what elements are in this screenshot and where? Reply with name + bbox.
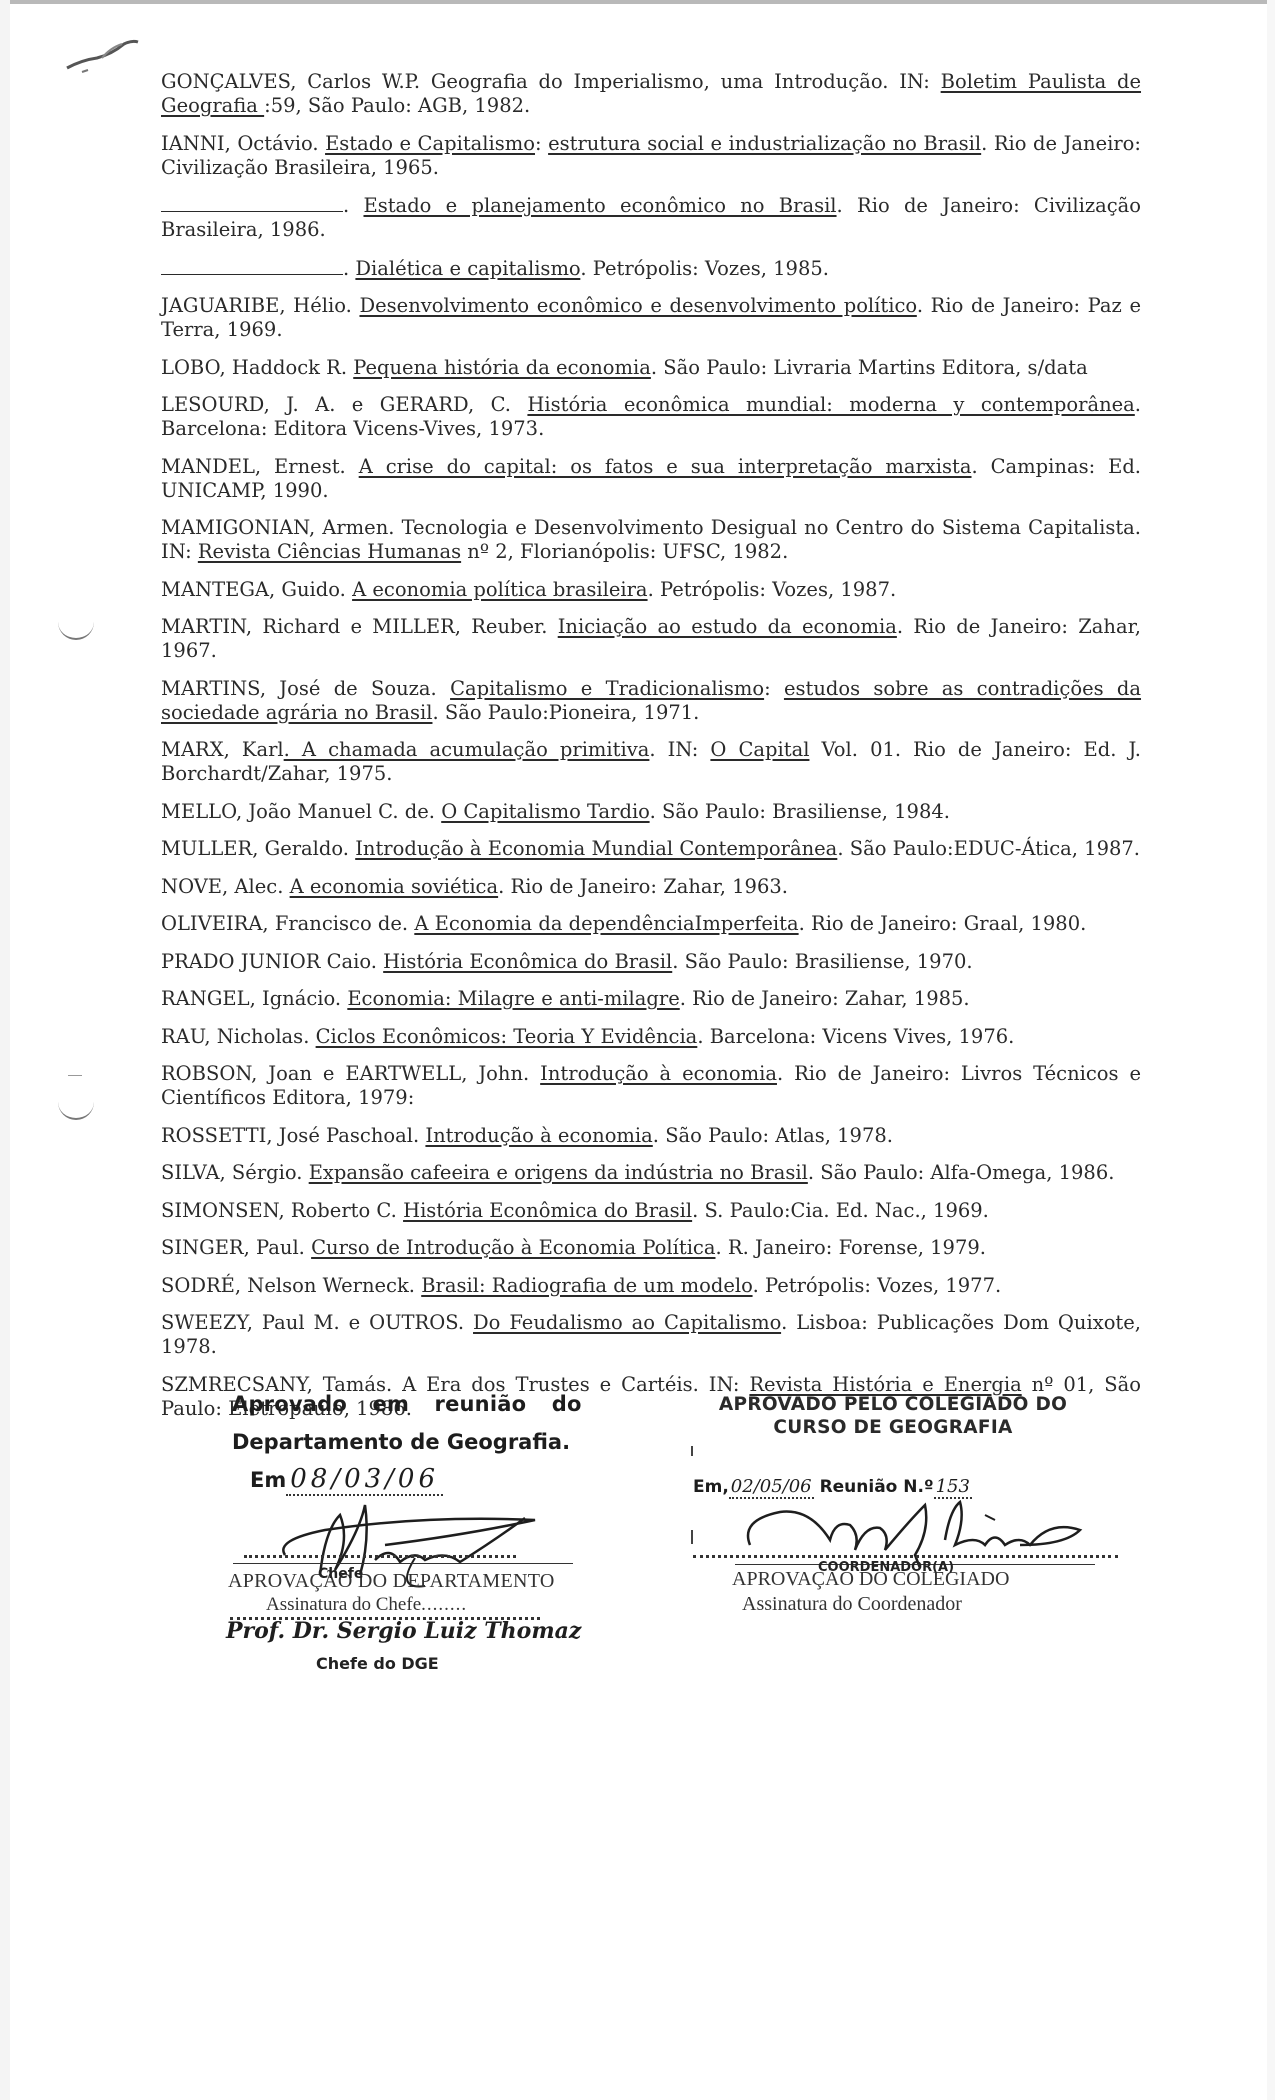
entry-author: MAMIGONIAN, Armen. (161, 516, 394, 539)
bibliography-entry: SINGER, Paul. Curso de Introdução à Econ… (161, 1236, 1141, 1260)
approval-date: 08/03/06 (286, 1464, 443, 1496)
bibliography-entry: GONÇALVES, Carlos W.P. Geografia do Impe… (161, 70, 1141, 118)
chefe-overlay-stamp: Chefe (318, 1566, 363, 1582)
entry-publication: . Barcelona: Vicens Vives, 1976. (697, 1025, 1014, 1048)
em-label: Em, (693, 1477, 729, 1497)
entry-text: Geografia do Imperialismo, uma Introduçã… (420, 70, 941, 93)
entry-title: Estado e Capitalismo (325, 132, 535, 155)
entry-publication: . Rio de Janeiro: Graal, 1980. (799, 912, 1087, 935)
entry-author: MARTINS, José de Souza. (161, 677, 437, 700)
bibliography-entry: SILVA, Sérgio. Expansão cafeeira e orige… (161, 1161, 1141, 1185)
entry-text: . (343, 257, 355, 280)
stamp-line-1: Aprovado em reunião do (232, 1392, 600, 1416)
signature-dotted-line (244, 1555, 516, 1558)
entry-publication: . Rio de Janeiro: Zahar, 1985. (680, 987, 970, 1010)
entry-title: Introdução à economia (425, 1124, 652, 1147)
entry-text (464, 1311, 473, 1334)
entry-text (547, 615, 557, 638)
entry-title: Iniciação ao estudo da economia (558, 615, 897, 638)
stamp-tick-mark (691, 1446, 693, 1456)
signature-label: Assinatura do Chefe........ (266, 1594, 467, 1616)
department-approval-stamp: Aprovado em reunião do Departamento de G… (200, 1392, 600, 1494)
entry-publication: . São Paulo: Brasiliense, 1984. (650, 800, 950, 823)
entry-author: SINGER, Paul. (161, 1236, 305, 1259)
entry-publication: . São Paulo: Brasiliense, 1970. (672, 950, 972, 973)
bibliography-entry: SODRÉ, Nelson Werneck. Brasil: Radiograf… (161, 1274, 1141, 1298)
entry-title: História Econômica do Brasil (383, 950, 672, 973)
entry-publication: . São Paulo: Atlas, 1978. (653, 1124, 893, 1147)
entry-publication: :59, São Paulo: AGB, 1982. (264, 94, 530, 117)
entry-publication: . Petrópolis: Vozes, 1987. (648, 578, 897, 601)
scan-edge-left (0, 0, 10, 2100)
entry-author: MULLER, Geraldo. (161, 837, 349, 860)
entry-title: História Econômica do Brasil (403, 1199, 692, 1222)
entry-publication: . São Paulo: Alfa-Omega, 1986. (808, 1161, 1115, 1184)
colegiado-line-2: CURSO DE GEOGRAFIA (693, 1417, 1093, 1438)
entry-author: JAGUARIBE, Hélio. (161, 294, 352, 317)
entry-text: . (343, 194, 363, 217)
punch-hole-mark (58, 1100, 94, 1120)
entry-author: IANNI, Octávio. (161, 132, 319, 155)
entry-author: SODRÉ, Nelson Werneck. (161, 1274, 415, 1297)
coordinator-signature-label: Assinatura do Coordenador (742, 1593, 962, 1616)
em-label: Em (250, 1468, 286, 1492)
entry-author: MARTIN, Richard e MILLER, Reuber. (161, 615, 547, 638)
entry-author: PRADO JUNIOR Caio. (161, 950, 377, 973)
colegiado-date: 02/05/06 (729, 1476, 814, 1499)
entry-author: MANTEGA, Guido. (161, 578, 346, 601)
same-author-blank (161, 193, 343, 212)
bibliography-entry: PRADO JUNIOR Caio. História Econômica do… (161, 950, 1141, 974)
entry-title: . A chamada acumulação primitiva (284, 738, 650, 761)
bibliography-entry: MARTIN, Richard e MILLER, Reuber. Inicia… (161, 615, 1141, 663)
bibliography-list: GONÇALVES, Carlos W.P. Geografia do Impe… (161, 70, 1141, 1434)
entry-title: Economia: Milagre e anti-milagre (347, 987, 679, 1010)
entry-title: A economia soviética (290, 875, 499, 898)
entry-title: Capitalismo e Tradicionalismo (450, 677, 764, 700)
entry-author: RAU, Nicholas. (161, 1025, 309, 1048)
entry-title: Curso de Introdução à Economia Política (311, 1236, 715, 1259)
bibliography-entry: . Dialética e capitalismo. Petrópolis: V… (161, 256, 1141, 281)
bibliography-entry: MANDEL, Ernest. A crise do capital: os f… (161, 455, 1141, 503)
scan-dash-mark (68, 1075, 82, 1077)
entry-title: Expansão cafeeira e origens da indústria… (309, 1161, 808, 1184)
colegiado-approval-label: APROVAÇÃO DO COLEGIADO (732, 1568, 1009, 1591)
entry-text (437, 677, 450, 700)
entry-publication: . Petrópolis: Vozes, 1985. (580, 257, 829, 280)
department-approval-label: APROVAÇÃO DO DEPARTAMENTO (228, 1570, 555, 1593)
bibliography-entry: MARTINS, José de Souza. Capitalismo e Tr… (161, 677, 1141, 725)
entry-publication: . São Paulo: Livraria Martins Editora, s… (651, 356, 1088, 379)
bibliography-entry: MARX, Karl. A chamada acumulação primiti… (161, 738, 1141, 786)
entry-author: MANDEL, Ernest. (161, 455, 346, 478)
scan-edge-top (0, 0, 1275, 4)
entry-author: LOBO, Haddock R. (161, 356, 347, 379)
entry-text (511, 393, 527, 416)
stamp-tick-mark (691, 1530, 693, 1544)
bibliography-entry: JAGUARIBE, Hélio. Desenvolvimento econôm… (161, 294, 1141, 342)
entry-author: ROSSETTI, José Paschoal. (161, 1124, 419, 1147)
entry-title: A economia política brasileira (352, 578, 647, 601)
entry-publication: . São Paulo:EDUC-Ática, 1987. (837, 837, 1140, 860)
entry-text: : (535, 132, 548, 155)
bibliography-entry: ROBSON, Joan e EARTWELL, John. Introduçã… (161, 1062, 1141, 1110)
entry-title: Introdução à Economia Mundial Contemporâ… (355, 837, 837, 860)
entry-author: GONÇALVES, Carlos W.P. (161, 70, 420, 93)
bibliography-entry: LESOURD, J. A. e GERARD, C. História eco… (161, 393, 1141, 441)
colegiado-approval-stamp: APROVADO PELO COLEGIADO DO CURSO DE GEOG… (693, 1394, 1093, 1438)
entry-title: Revista História e Energia (749, 1373, 1021, 1396)
bibliography-entry: RANGEL, Ignácio. Economia: Milagre e ant… (161, 987, 1141, 1011)
entry-title: Desenvolvimento econômico e desenvolvime… (359, 294, 916, 317)
entry-title: Brasil: Radiografia de um modelo (421, 1274, 752, 1297)
same-author-blank (161, 256, 343, 275)
colegiado-line-1: APROVADO PELO COLEGIADO DO (693, 1394, 1093, 1415)
entry-title: Ciclos Econômicos: Teoria Y Evidência (316, 1025, 698, 1048)
signature-rule (233, 1563, 573, 1564)
department-head-role: Chefe do DGE (316, 1654, 439, 1673)
entry-text: : (764, 677, 784, 700)
entry-title: A Economia da dependênciaImperfeita (414, 912, 798, 935)
entry-title: Do Feudalismo ao Capitalismo (473, 1311, 781, 1334)
entry-author: OLIVEIRA, Francisco de. (161, 912, 408, 935)
signature-label-text: Assinatura do Chefe (266, 1594, 421, 1615)
entry-text: . IN: (649, 738, 710, 761)
bibliography-entry: MAMIGONIAN, Armen. Tecnologia e Desenvol… (161, 516, 1141, 564)
bibliography-entry: SWEEZY, Paul M. e OUTROS. Do Feudalismo … (161, 1311, 1141, 1359)
bibliography-entry: NOVE, Alec. A economia soviética. Rio de… (161, 875, 1141, 899)
entry-author: MELLO, João Manuel C. de. (161, 800, 435, 823)
entry-publication: . S. Paulo:Cia. Ed. Nac., 1969. (692, 1199, 989, 1222)
signature-label-dots: ........ (421, 1594, 467, 1615)
bibliography-entry: MANTEGA, Guido. A economia política bras… (161, 578, 1141, 602)
entry-author: NOVE, Alec. (161, 875, 283, 898)
entry-text (346, 455, 359, 478)
bibliography-entry: LOBO, Haddock R. Pequena história da eco… (161, 356, 1141, 380)
entry-subtitle: estrutura social e industrialização no B… (548, 132, 981, 155)
entry-author: MARX, Karl (161, 738, 284, 761)
entry-author: RANGEL, Ignácio. (161, 987, 341, 1010)
entry-author: LESOURD, J. A. e GERARD, C. (161, 393, 511, 416)
entry-publication: nº 2, Florianópolis: UFSC, 1982. (461, 540, 788, 563)
entry-title: História econômica mundial: moderna y co… (527, 393, 1134, 416)
reuniao-label: Reunião N.º (820, 1477, 934, 1497)
stamp-date-line: Em08/03/06 (250, 1464, 600, 1494)
entry-publication: . R. Janeiro: Forense, 1979. (715, 1236, 985, 1259)
entry-title: Estado e planejamento econômico no Brasi… (363, 194, 836, 217)
entry-author: SIMONSEN, Roberto C. (161, 1199, 397, 1222)
bibliography-entry: OLIVEIRA, Francisco de. A Economia da de… (161, 912, 1141, 936)
signature-dotted-line (693, 1555, 1118, 1558)
entry-title: Dialética e capitalismo (355, 257, 580, 280)
entry-publication: . Petrópolis: Vozes, 1977. (753, 1274, 1002, 1297)
department-head-name: Prof. Dr. Sergio Luiz Thomaz (226, 1618, 581, 1644)
entry-subtitle: O Capital (710, 738, 809, 761)
scan-edge-right (1267, 0, 1275, 2100)
bibliography-entry: ROSSETTI, José Paschoal. Introdução à ec… (161, 1124, 1141, 1148)
entry-author: SILVA, Sérgio. (161, 1161, 302, 1184)
bibliography-entry: SIMONSEN, Roberto C. História Econômica … (161, 1199, 1141, 1223)
ink-smudge-mark (62, 30, 142, 75)
entry-publication: . Rio de Janeiro: Zahar, 1963. (498, 875, 788, 898)
bibliography-entry: . Estado e planejamento econômico no Bra… (161, 193, 1141, 242)
stamp-line-2: Departamento de Geografia. (232, 1430, 600, 1454)
entry-title: Introdução à economia (540, 1062, 777, 1085)
entry-title: A crise do capital: os fatos e sua inter… (359, 455, 972, 478)
bibliography-entry: MELLO, João Manuel C. de. O Capitalismo … (161, 800, 1141, 824)
entry-title: Pequena história da economia (353, 356, 651, 379)
entry-publication: . São Paulo:Pioneira, 1971. (432, 701, 699, 724)
reuniao-number: 153 (934, 1476, 972, 1499)
bibliography-entry: RAU, Nicholas. Ciclos Econômicos: Teoria… (161, 1025, 1141, 1049)
colegiado-date-line: Em,02/05/06 Reunião N.º153 (693, 1476, 972, 1497)
entry-author: SWEEZY, Paul M. e OUTROS. (161, 1311, 464, 1334)
bibliography-entry: MULLER, Geraldo. Introdução à Economia M… (161, 837, 1141, 861)
entry-title: O Capitalismo Tardio (441, 800, 649, 823)
bibliography-entry: IANNI, Octávio. Estado e Capitalismo: es… (161, 132, 1141, 180)
entry-author: ROBSON, Joan e EARTWELL, John. (161, 1062, 529, 1085)
entry-text (529, 1062, 540, 1085)
punch-hole-mark (58, 620, 94, 640)
entry-title: Revista Ciências Humanas (198, 540, 461, 563)
